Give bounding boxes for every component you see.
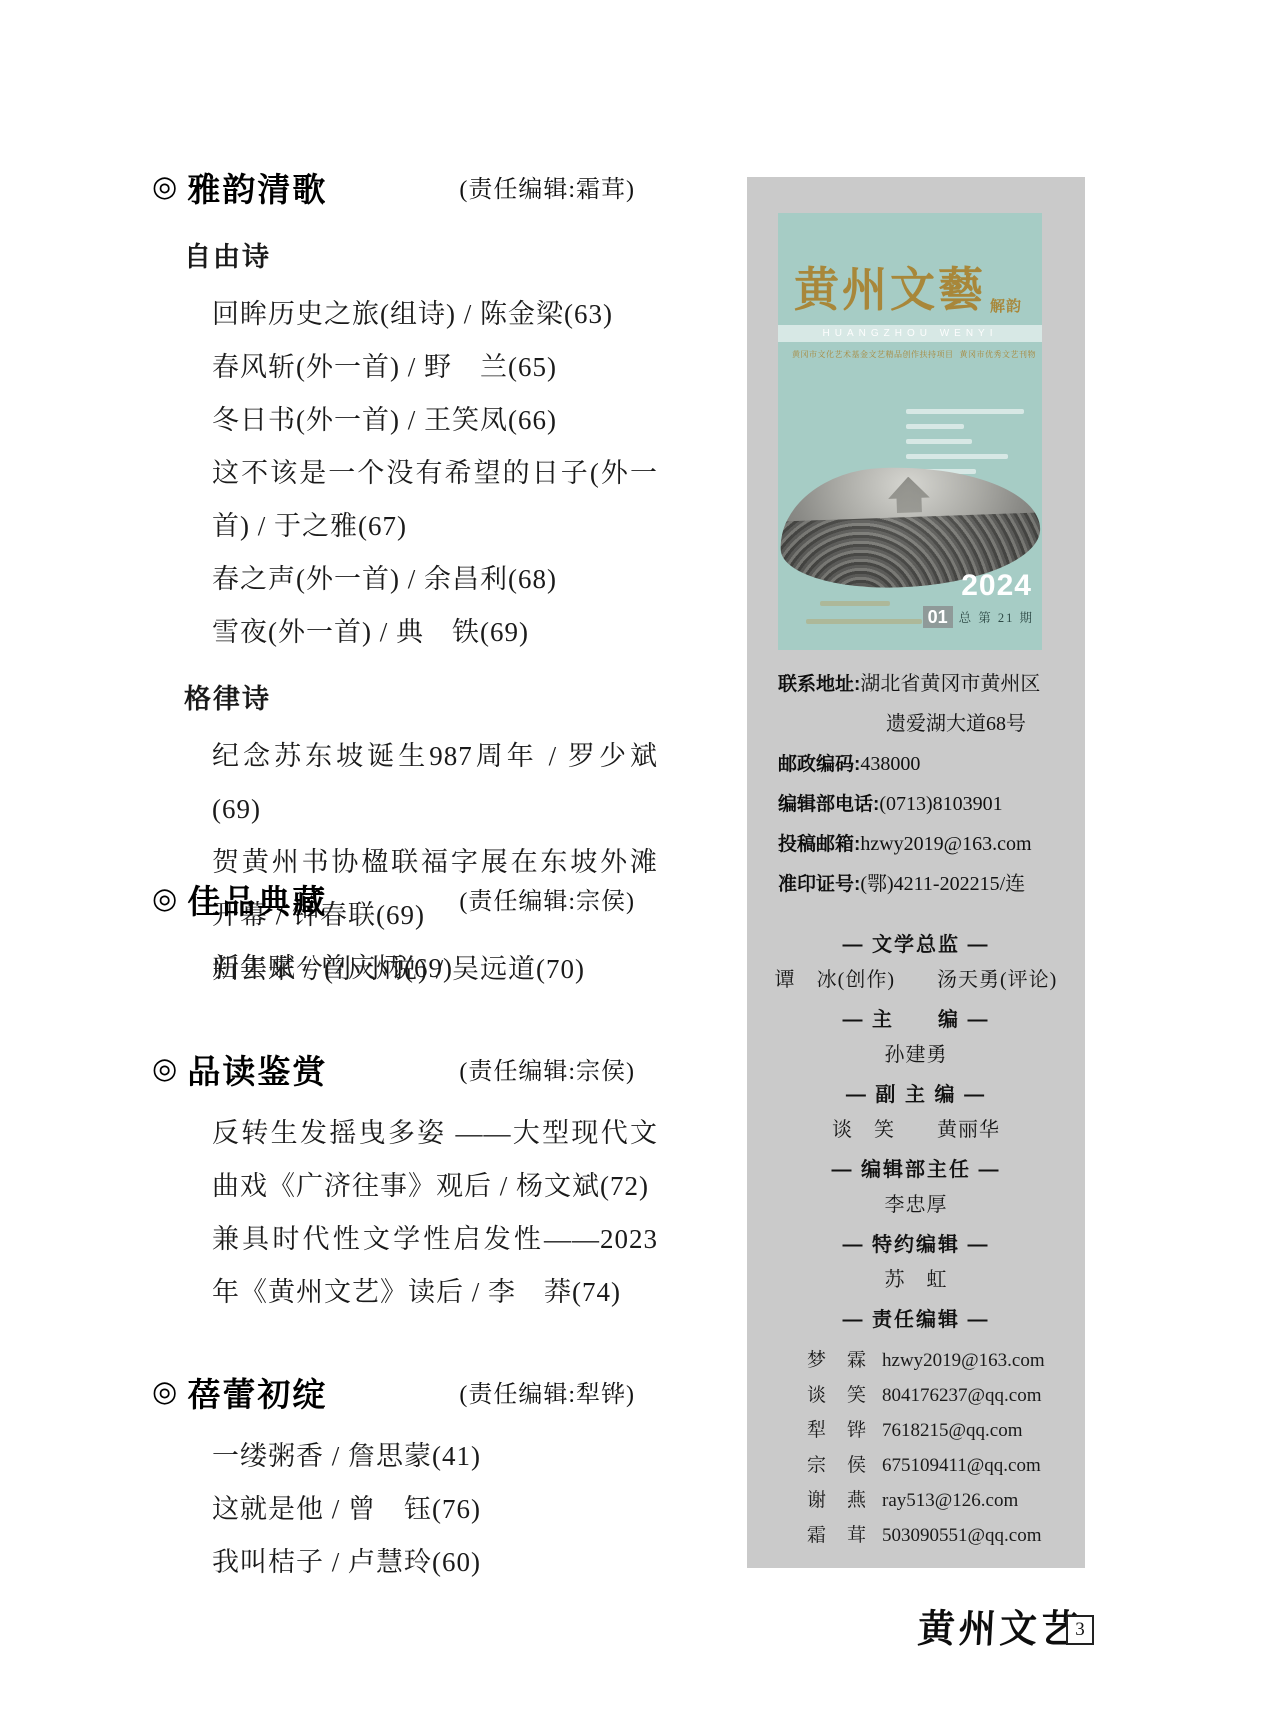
special-editor-heading: — 特约编辑 — (747, 1232, 1085, 1258)
duty-editor-list: 梦 霖 hzwy2019@163.com 谈 笑 804176237@qq.co… (747, 1343, 1085, 1553)
literary-director-heading: — 文学总监 — (747, 932, 1085, 958)
postcode-label: 邮政编码: (778, 754, 860, 775)
email-label: 投稿邮箱: (778, 834, 860, 855)
phone-label: 编辑部电话: (778, 794, 879, 815)
section-heading-row: ◎ 品读鉴赏 (责任编辑:宗侯) (152, 1046, 635, 1093)
chief-editor-name: 孙建勇 (747, 1042, 1085, 1068)
license-line: 准印证号:(鄂)4211-202215/连 (778, 873, 1070, 897)
cover-taglines: 黄冈市文化艺术基金文艺精品创作扶持项目 黄冈市优秀文艺刊物 (792, 349, 1036, 360)
duty-editor-row: 梦 霖 hzwy2019@163.com (807, 1343, 1085, 1378)
section-title-text: 品读鉴赏 (187, 1046, 327, 1093)
cover-masthead: 黄州文藝 (794, 251, 986, 319)
cover-issue-number: 01 (923, 606, 953, 628)
staff-block: — 文学总监 — 谭 冰(创作) 汤天勇(评论) — 主 编 — 孙建勇 — 副… (747, 932, 1085, 1553)
section-title: ◎ 佳品典藏 (152, 876, 327, 923)
duty-editor-name: 犁 铧 (807, 1413, 867, 1448)
dept-director-name: 李忠厚 (747, 1192, 1085, 1218)
dept-director-heading: — 编辑部主任 — (747, 1157, 1085, 1183)
postcode-value: 438000 (860, 753, 920, 775)
cover-pinyin-band: HUANGZHOU WENYI (778, 325, 1042, 342)
toc-section-yayunqingge: ◎ 雅韵清歌 (责任编辑:霜茸) 自由诗 回眸历史之旅(组诗) / 陈金梁(63… (152, 164, 652, 995)
toc-item-list: 反转生发摇曳多姿 ——大型现代文曲戏《广济往事》观后 / 杨文斌(72) 兼具时… (212, 1107, 658, 1319)
license-value: (鄂)4211-202215/连 (860, 873, 1025, 895)
duty-editor-row: 霜 茸 503090551@qq.com (807, 1518, 1085, 1553)
duty-editor-name: 梦 霖 (807, 1343, 867, 1378)
toc-section-beileichuzhan: ◎ 蓓蕾初绽 (责任编辑:犁铧) 一缕粥香 / 詹思蒙(41) 这就是他 / 曾… (152, 1369, 652, 1589)
section-title-text: 蓓蕾初绽 (187, 1369, 327, 1416)
duty-editor-email: 7618215@qq.com (882, 1413, 1022, 1448)
toc-item-list: 归去来兮(小小说) / 吴远道(70) (212, 943, 658, 996)
section-title: ◎ 品读鉴赏 (152, 1046, 327, 1093)
cover-masthead-script: 解韵 (990, 295, 1022, 316)
address-value: 湖北省黄冈市黄州区 (860, 673, 1040, 695)
section-title: ◎ 蓓蕾初绽 (152, 1369, 327, 1416)
section-heading-row: ◎ 蓓蕾初绽 (责任编辑:犁铧) (152, 1369, 635, 1416)
section-editor-note: (责任编辑:霜茸) (459, 169, 635, 204)
toc-item: 纪念苏东坡诞生987周年 / 罗少斌(69) (212, 730, 658, 836)
duty-editor-email: hzwy2019@163.com (882, 1343, 1045, 1378)
chief-editor-heading: — 主 编 — (747, 1007, 1085, 1033)
section-heading-row: ◎ 佳品典藏 (责任编辑:宗侯) (152, 876, 635, 923)
toc-item: 这就是他 / 曾 钰(76) (212, 1483, 658, 1536)
cover-tagline-right: 黄冈市优秀文艺刊物 (960, 349, 1037, 360)
address-line2: 遗爱湖大道68号 (778, 713, 1070, 737)
duty-editor-row: 谈 笑 804176237@qq.com (807, 1378, 1085, 1413)
toc-item: 归去来兮(小小说) / 吴远道(70) (212, 943, 658, 996)
magazine-contents-page: ◎ 雅韵清歌 (责任编辑:霜茸) 自由诗 回眸历史之旅(组诗) / 陈金梁(63… (0, 0, 1280, 1724)
section-editor-note: (责任编辑:宗侯) (459, 1051, 635, 1086)
special-editor-name: 苏 虹 (747, 1267, 1085, 1293)
section-marker-icon: ◎ (152, 169, 179, 204)
duty-editor-name: 宗 侯 (807, 1448, 867, 1483)
address-line: 联系地址:湖北省黄冈市黄州区 (778, 673, 1070, 697)
section-marker-icon: ◎ (152, 881, 179, 916)
cover-issue-total: 总 第 21 期 (959, 608, 1034, 626)
postcode-line: 邮政编码:438000 (778, 753, 1070, 777)
toc-item: 春风斩(外一首) / 野 兰(65) (212, 341, 658, 394)
literary-director-names: 谭 冰(创作) 汤天勇(评论) (747, 967, 1085, 993)
toc-item-list: 一缕粥香 / 詹思蒙(41) 这就是他 / 曾 钰(76) 我叫桔子 / 卢慧玲… (212, 1430, 658, 1589)
duty-editor-email: ray513@126.com (882, 1483, 1018, 1518)
section-marker-icon: ◎ (152, 1051, 179, 1086)
toc-item: 这不该是一个没有希望的日子(外一首) / 于之雅(67) (212, 447, 658, 553)
toc-item: 反转生发摇曳多姿 ——大型现代文曲戏《广济往事》观后 / 杨文斌(72) (212, 1107, 658, 1213)
section-title-text: 佳品典藏 (187, 876, 327, 923)
email-value: hzwy2019@163.com (860, 833, 1031, 855)
address-value2: 遗爱湖大道68号 (886, 713, 1026, 735)
section-title: ◎ 雅韵清歌 (152, 164, 327, 211)
subheading-free-verse: 自由诗 (184, 235, 652, 274)
duty-editor-row: 犁 铧 7618215@qq.com (807, 1413, 1085, 1448)
section-editor-note: (责任编辑:犁铧) (459, 1374, 635, 1409)
section-marker-icon: ◎ (152, 1374, 179, 1409)
duty-editor-email: 804176237@qq.com (882, 1378, 1041, 1413)
toc-item: 我叫桔子 / 卢慧玲(60) (212, 1536, 658, 1589)
duty-editor-name: 霜 茸 (807, 1518, 867, 1553)
toc-section-pindujianshang: ◎ 品读鉴赏 (责任编辑:宗侯) 反转生发摇曳多姿 ——大型现代文曲戏《广济往事… (152, 1046, 652, 1319)
section-editor-note: (责任编辑:宗侯) (459, 881, 635, 916)
cover-issue-row: 01 总 第 21 期 (923, 606, 1034, 628)
toc-item: 兼具时代性文学性启发性——2023年《黄州文艺》读后 / 李 莽(74) (212, 1213, 658, 1319)
toc-item: 一缕粥香 / 詹思蒙(41) (212, 1430, 658, 1483)
duty-editor-name: 谢 燕 (807, 1483, 867, 1518)
contact-info-block: 联系地址:湖北省黄冈市黄州区 遗爱湖大道68号 邮政编码:438000 编辑部电… (778, 673, 1070, 913)
toc-section-jiapindiancang: ◎ 佳品典藏 (责任编辑:宗侯) 归去来兮(小小说) / 吴远道(70) (152, 876, 652, 996)
section-title-text: 雅韵清歌 (187, 164, 327, 211)
phone-value: (0713)8103901 (879, 793, 1002, 815)
license-label: 准印证号: (778, 874, 860, 895)
cover-year: 2024 (961, 569, 1032, 603)
duty-editor-email: 675109411@qq.com (882, 1448, 1041, 1483)
deputy-editor-names: 谈 笑 黄丽华 (747, 1117, 1085, 1143)
footer-magazine-logo: 黄州文艺 (917, 1597, 1084, 1654)
duty-editor-row: 宗 侯 675109411@qq.com (807, 1448, 1085, 1483)
phone-line: 编辑部电话:(0713)8103901 (778, 793, 1070, 817)
page-number: 3 (1066, 1615, 1094, 1645)
deputy-editor-heading: — 副 主 编 — (747, 1082, 1085, 1108)
magazine-cover: 黄州文藝 解韵 HUANGZHOU WENYI 黄冈市文化艺术基金文艺精品创作扶… (778, 213, 1042, 650)
duty-editor-email: 503090551@qq.com (882, 1518, 1041, 1553)
address-label: 联系地址: (778, 674, 860, 695)
toc-item: 春之声(外一首) / 余昌利(68) (212, 553, 658, 606)
toc-item: 雪夜(外一首) / 典 铁(69) (212, 606, 658, 659)
section-heading-row: ◎ 雅韵清歌 (责任编辑:霜茸) (152, 164, 635, 211)
duty-editor-name: 谈 笑 (807, 1378, 867, 1413)
duty-editor-heading: — 责任编辑 — (747, 1307, 1085, 1333)
email-line: 投稿邮箱:hzwy2019@163.com (778, 833, 1070, 857)
subheading-metrical-verse: 格律诗 (184, 677, 652, 716)
toc-item: 回眸历史之旅(组诗) / 陈金梁(63) (212, 288, 658, 341)
cover-tagline-left: 黄冈市文化艺术基金文艺精品创作扶持项目 (792, 349, 954, 360)
duty-editor-row: 谢 燕 ray513@126.com (807, 1483, 1085, 1518)
info-panel: 黄州文藝 解韵 HUANGZHOU WENYI 黄冈市文化艺术基金文艺精品创作扶… (747, 177, 1085, 1568)
toc-item-list: 回眸历史之旅(组诗) / 陈金梁(63) 春风斩(外一首) / 野 兰(65) … (212, 288, 658, 659)
toc-item: 冬日书(外一首) / 王笑凤(66) (212, 394, 658, 447)
